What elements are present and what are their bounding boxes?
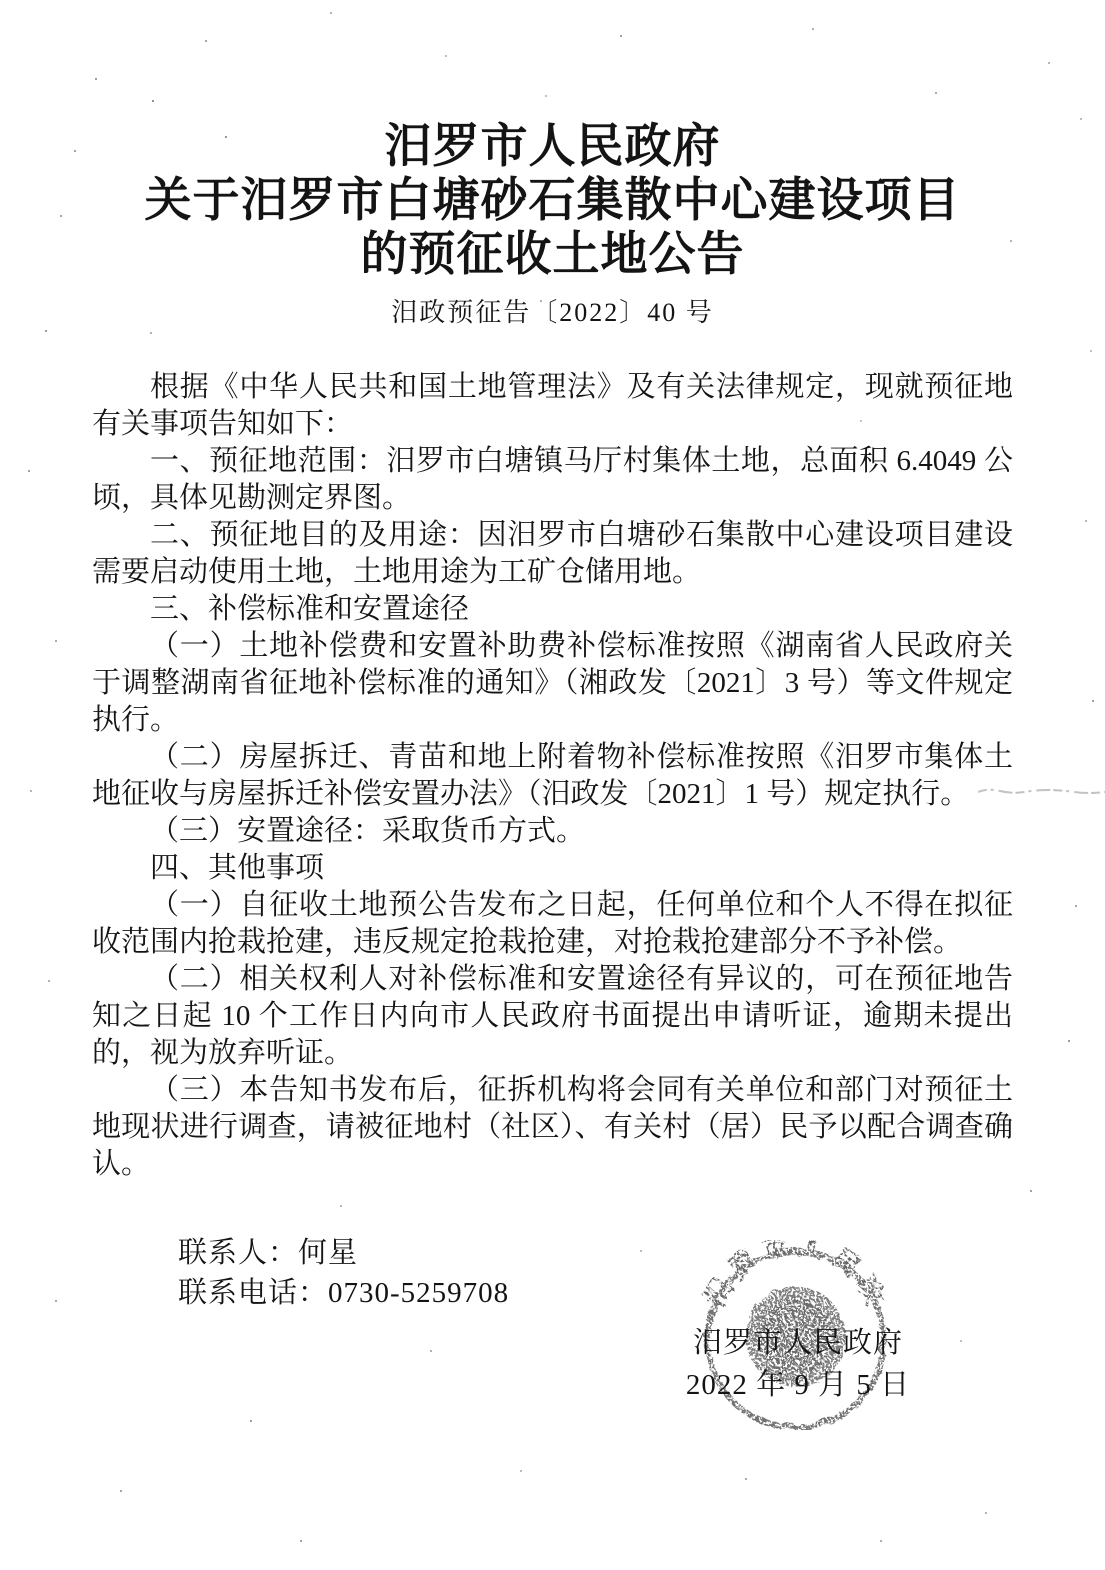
document-title: 汨罗市人民政府 关于汨罗市白塘砂石集散中心建设项目 的预征收土地公告: [60, 120, 1045, 282]
paragraph: （三）安置途径：采取货币方式。: [92, 813, 1013, 850]
paragraph: （三）本告知书发布后，征拆机构将会同有关单位和部门对预征土地现状进行调查，请被征…: [92, 1072, 1013, 1183]
paragraph: 一、预征地范围：汨罗市白塘镇马厅村集体土地，总面积 6.4049 公顷，具体见勘…: [92, 443, 1013, 517]
scanned-document-page: 汨罗市人民政府 关于汨罗市白塘砂石集散中心建设项目 的预征收土地公告 汨政预征告…: [0, 0, 1105, 1570]
paragraph: （一）土地补偿费和安置补助费补偿标准按照《湖南省人民政府关于调整湖南省征地补偿标…: [92, 628, 1013, 739]
paragraph: 二、预征地目的及用途：因汨罗市白塘砂石集散中心建设项目建设需要启动使用土地，土地…: [92, 517, 1013, 591]
paragraph: 根据《中华人民共和国土地管理法》及有关法律规定，现就预征地有关事项告知如下：: [92, 369, 1013, 443]
paragraph: （二）房屋拆迁、青苗和地上附着物补偿标准按照《汨罗市集体土地征收与房屋拆迁补偿安…: [92, 739, 1013, 813]
contact-phone-label: 联系电话：: [178, 1277, 328, 1309]
contact-person-label: 联系人：: [178, 1237, 298, 1269]
paragraph: 三、补偿标准和安置途径: [92, 591, 1013, 628]
title-line-2: 关于汨罗市白塘砂石集散中心建设项目: [60, 174, 1045, 228]
scan-scratch-artifact: [978, 785, 1105, 799]
paragraph: （一）自征收土地预公告发布之日起，任何单位和个人不得在拟征收范围内抢栽抢建，违反…: [92, 887, 1013, 961]
document-body: 根据《中华人民共和国土地管理法》及有关法律规定，现就预征地有关事项告知如下：一、…: [92, 369, 1013, 1183]
scan-noise-specks: [0, 0, 2, 2]
contact-person-name: 何星: [298, 1237, 358, 1269]
title-line-3: 的预征收土地公告: [60, 228, 1045, 282]
signature-date: 2022 年 9 月 5 日: [678, 1364, 918, 1406]
title-line-1: 汨罗市人民政府: [60, 120, 1045, 174]
signature-block: 汨罗市人民政府 2022 年 9 月 5 日: [678, 1322, 918, 1406]
contact-phone-number: 0730-5259708: [328, 1277, 509, 1309]
signature-issuer: 汨罗市人民政府: [678, 1322, 918, 1364]
paragraph: 四、其他事项: [92, 850, 1013, 887]
paragraph: （二）相关权利人对补偿标准和安置途径有异议的，可在预征地告知之日起 10 个工作…: [92, 961, 1013, 1072]
document-number: 汨政预征告〔2022〕40 号: [0, 292, 1105, 329]
